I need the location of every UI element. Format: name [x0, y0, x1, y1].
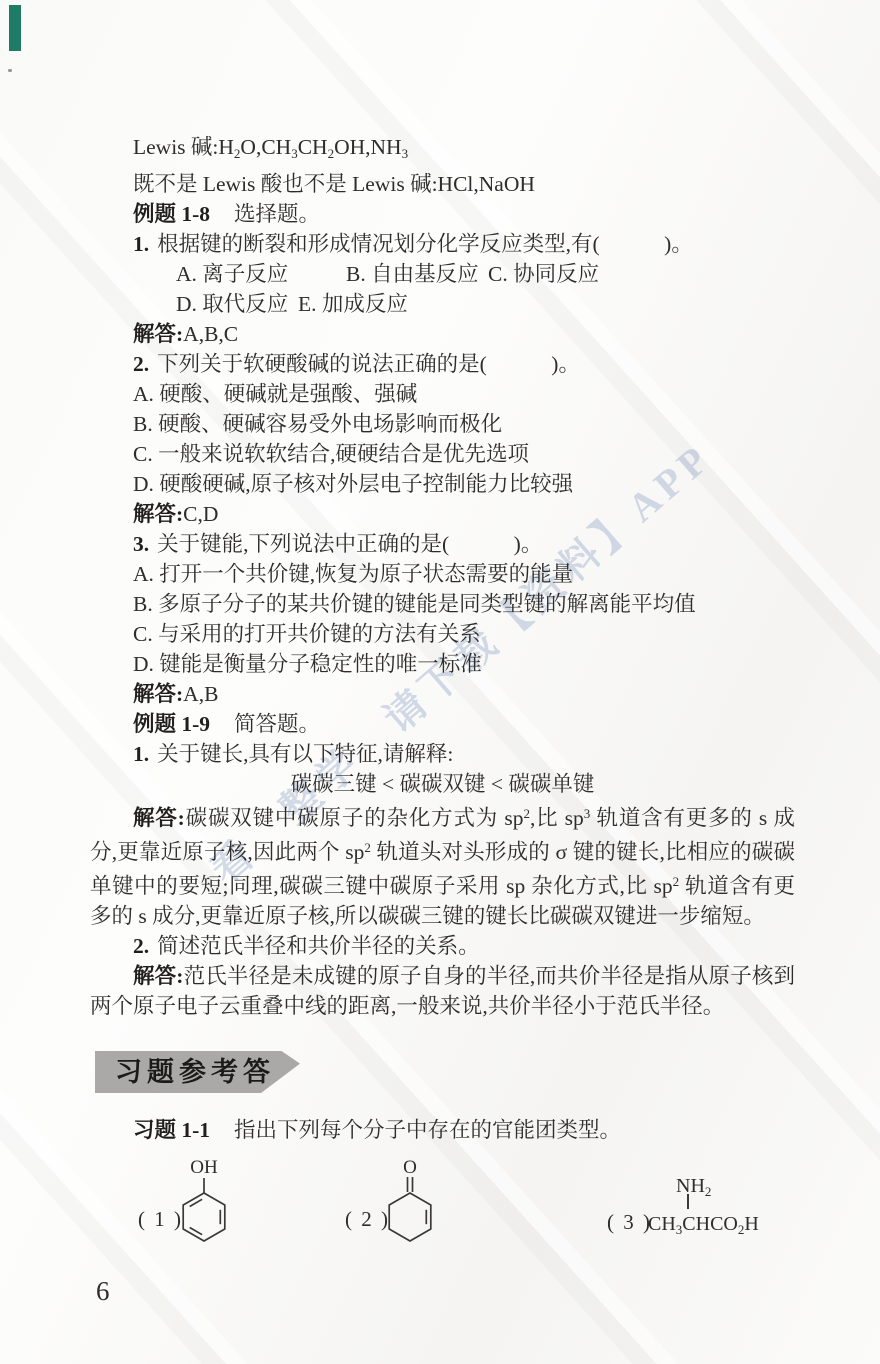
q3-stem: 3.关于键能,下列说法中正确的是( )。	[90, 529, 795, 559]
q3-option-b: B. 多原子分子的某共价键的键能是同类型键的解离能平均值	[90, 589, 795, 619]
structure-3-label: ( 3 )	[607, 1207, 652, 1237]
q2-option-c: C. 一般来说软软结合,硬硬结合是优先选项	[90, 439, 795, 469]
exercise-answers-banner: 习题参考答案	[95, 1051, 300, 1093]
page-number: 6	[96, 1276, 110, 1307]
q1-options-row1: A. 离子反应B. 自由基反应C. 协同反应	[90, 259, 795, 289]
e9-q2-stem: 2.简述范氏半径和共价半径的关系。	[90, 931, 795, 961]
q3-answer: 解答:A,B	[90, 679, 795, 709]
scanned-textbook-page: 看 整学 请下载【资料】APP Lewis 碱:H2O,CH3CH2OH,NH3…	[0, 0, 880, 1364]
q1-stem: 1.根据键的断裂和形成情况划分化学反应类型,有( )。	[90, 229, 795, 259]
q2-option-d: D. 硬酸硬碱,原子核对外层电子控制能力比较强	[90, 469, 795, 499]
q2-answer: 解答:C,D	[90, 499, 795, 529]
exercise-1-1-heading: 习题 1-1指出下列每个分子中存在的官能团类型。	[90, 1115, 795, 1145]
lewis-base-line: Lewis 碱:H2O,CH3CH2OH,NH3	[90, 132, 795, 169]
q1-options-row2: D. 取代反应E. 加成反应	[90, 289, 795, 319]
q1-answer: 解答:A,B,C	[90, 319, 795, 349]
alanine-nh2-label: NH2	[676, 1171, 711, 1207]
alanine-bond-line	[687, 1194, 689, 1209]
neither-acid-base-line: 既不是 Lewis 酸也不是 Lewis 碱:HCl,NaOH	[90, 169, 795, 199]
q2-option-b: B. 硬酸、硬碱容易受外电场影响而极化	[90, 409, 795, 439]
e9-solution-2: 解答:范氏半径是未成键的原子自身的半径,而共价半径是指从原子核到两个原子电子云重…	[90, 961, 795, 1021]
e9-q1-stem: 1.关于键长,具有以下特征,请解释:	[90, 739, 795, 769]
phenol-oh-label: OH	[190, 1157, 218, 1178]
molecule-structures-row: ( 1 ) OH ( 2 ) O ( 3 ) NH2 CH3CHCO2H	[0, 1151, 880, 1311]
q3-option-d: D. 键能是衡量分子稳定性的唯一标准	[90, 649, 795, 679]
q2-stem: 2.下列关于软硬酸碱的说法正确的是( )。	[90, 349, 795, 379]
alanine-formula: CH3CHCO2H	[648, 1209, 759, 1245]
q3-option-c: C. 与采用的打开共价键的方法有关系	[90, 619, 795, 649]
example-1-8-heading: 例题 1-8选择题。	[90, 199, 795, 229]
e9-solution-1: 解答:碳碳双键中碳原子的杂化方式为 sp2,比 sp3 轨道含有更多的 s 成分…	[90, 799, 795, 931]
bond-length-relation: 碳碳三键 < 碳碳双键 < 碳碳单键	[90, 769, 795, 799]
q3-option-a: A. 打开一个共价键,恢复为原子状态需要的能量	[90, 559, 795, 589]
q2-option-a: A. 硬酸、硬碱就是强酸、强碱	[90, 379, 795, 409]
phenol-structure: OH	[168, 1151, 248, 1251]
example-1-9-heading: 例题 1-9简答题。	[90, 709, 795, 739]
page-content: Lewis 碱:H2O,CH3CH2OH,NH3 既不是 Lewis 酸也不是 …	[0, 0, 880, 1311]
ketone-o-label: O	[403, 1157, 417, 1178]
cyclohexenone-structure: O	[382, 1151, 444, 1251]
